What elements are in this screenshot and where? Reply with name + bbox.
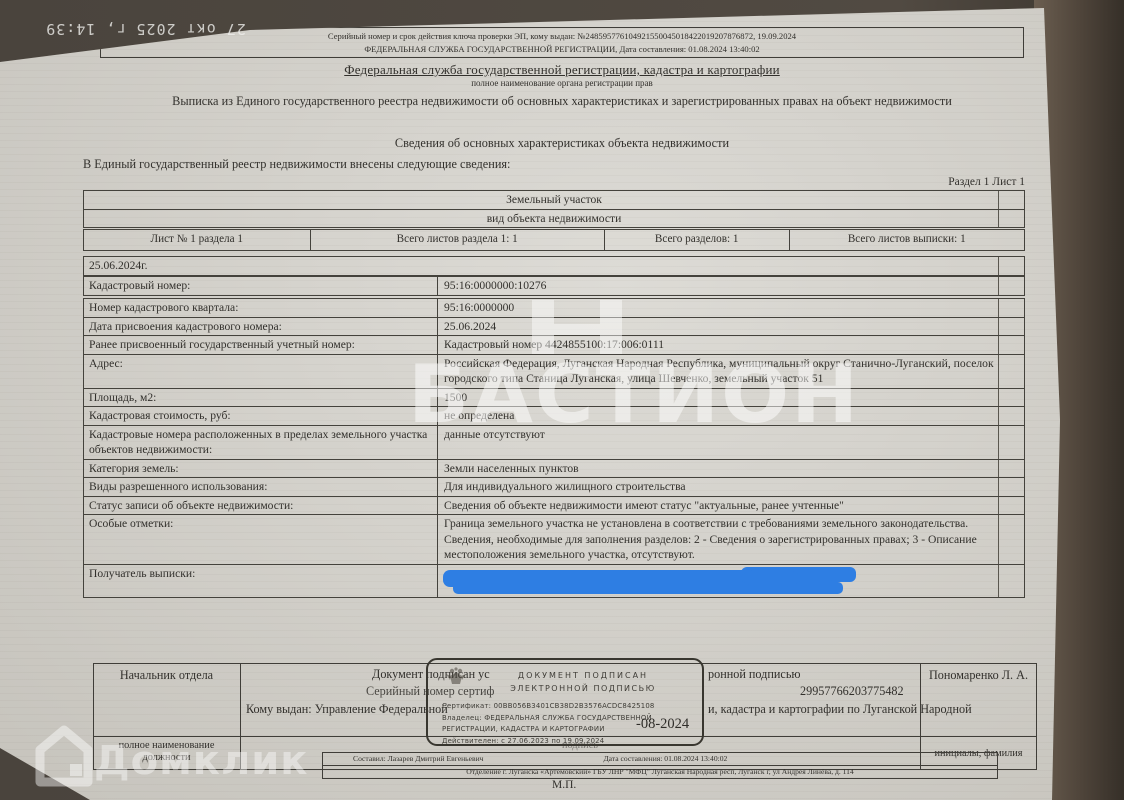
composed-by: Составил: Лазарев Дмитрий Евгеньевич bbox=[353, 753, 483, 765]
registration-service-line: ФЕДЕРАЛЬНАЯ СЛУЖБА ГОСУДАРСТВЕННОЙ РЕГИС… bbox=[105, 43, 1019, 56]
sheet-col-3: Всего разделов: 1 bbox=[605, 230, 790, 250]
recipient-value-redacted bbox=[438, 565, 1024, 597]
row-value: данные отсутствуют bbox=[438, 426, 1024, 459]
camera-timestamp: 27 окт 2025 г, 14:39 bbox=[28, 20, 263, 38]
date-row-table: 25.06.2024г. bbox=[83, 256, 1025, 276]
row-value: 25.06.2024 bbox=[438, 318, 1024, 336]
signature-col-divider-right bbox=[920, 663, 921, 737]
position-label: Начальник отдела bbox=[95, 668, 238, 683]
table-row: Кадастровая стоимость, руб: не определен… bbox=[84, 406, 1024, 425]
row-label: Кадастровые номера расположенных в преде… bbox=[84, 426, 438, 459]
row-value: Сведения об объекте недвижимости имеют с… bbox=[438, 497, 1024, 515]
org-title: Федеральная служба государственной регис… bbox=[0, 62, 1124, 78]
row-value: Для индивидуального жилищного строительс… bbox=[438, 478, 1024, 496]
issued-to-left: Кому выдан: Управление Федеральной bbox=[246, 702, 448, 717]
row-label: Кадастровый номер: bbox=[84, 277, 438, 295]
composed-by-row: Составил: Лазарев Дмитрий Евгеньевич Дат… bbox=[323, 753, 997, 766]
position-caption-line1: полное наименование bbox=[95, 740, 238, 752]
stamp-validity: Действителен: с 27.06.2023 по 19.09.2024 bbox=[442, 737, 604, 745]
stamp-title-line2: ЭЛЕКТРОННОЙ ПОДПИСЬЮ bbox=[478, 684, 688, 693]
signature-col-divider-left bbox=[240, 663, 241, 737]
document-title: Выписка из Единого государственного реес… bbox=[90, 94, 1034, 109]
row-label: Адрес: bbox=[84, 355, 438, 388]
extract-date: 25.06.2024г. bbox=[84, 257, 1024, 275]
position-caption: полное наименование должности bbox=[95, 740, 238, 764]
office-line: Отделение г. Луганска «Артемовский» ГБУ … bbox=[323, 766, 997, 778]
seal-place-label: М.П. bbox=[552, 779, 576, 791]
sheet-col-2: Всего листов раздела 1: 1 bbox=[311, 230, 605, 250]
table-row: вид объекта недвижимости bbox=[84, 209, 1024, 228]
row-value: Кадастровый номер 4424855100:17:006:0111 bbox=[438, 336, 1024, 354]
table-row: Кадастровые номера расположенных в преде… bbox=[84, 425, 1024, 459]
row-value: 95:16:0000000:10276 bbox=[438, 277, 1024, 295]
table-row-recipient: Получатель выписки: bbox=[84, 564, 1024, 597]
row-label: Ранее присвоенный государственный учетны… bbox=[84, 336, 438, 354]
row-label: Дата присвоения кадастрового номера: bbox=[84, 318, 438, 336]
caption-col-divider-left bbox=[240, 737, 241, 770]
object-type-value: Земельный участок bbox=[84, 191, 1024, 209]
table-row: Лист № 1 раздела 1 Всего листов раздела … bbox=[84, 230, 1024, 250]
table-row: Кадастровый номер: 95:16:0000000:10276 bbox=[84, 277, 1024, 295]
object-type-caption: вид объекта недвижимости bbox=[84, 210, 1024, 228]
section-sheet-label: Раздел 1 Лист 1 bbox=[0, 176, 1025, 188]
row-label: Особые отметки: bbox=[84, 515, 438, 564]
row-label: Площадь, м2: bbox=[84, 389, 438, 407]
characteristics-table: Номер кадастрового квартала: 95:16:00000… bbox=[83, 298, 1025, 598]
signed-line-right: ронной подписью bbox=[708, 667, 800, 682]
row-value: не определена bbox=[438, 407, 1024, 425]
composed-date: Дата составления: 01.08.2024 13:40:02 bbox=[603, 753, 727, 765]
serial-line-right: 29957766203775482 bbox=[800, 684, 904, 699]
issued-to-right: и, кадастра и картографии по Луганской Н… bbox=[708, 702, 972, 717]
row-label: Кадастровая стоимость, руб: bbox=[84, 407, 438, 425]
row-value: Российская Федерация, Луганская Народная… bbox=[438, 355, 1024, 388]
domclick-house-icon bbox=[34, 724, 94, 790]
stamp-owner-line1: Владелец: ФЕДЕРАЛЬНАЯ СЛУЖБА ГОСУДАРСТВЕ… bbox=[442, 714, 652, 722]
table-row: Виды разрешенного использования: Для инд… bbox=[84, 477, 1024, 496]
row-value: Земли населенных пунктов bbox=[438, 460, 1024, 478]
object-type-table: Земельный участок вид объекта недвижимос… bbox=[83, 190, 1025, 228]
table-row: Статус записи об объекте недвижимости: С… bbox=[84, 496, 1024, 515]
row-label: Номер кадастрового квартала: bbox=[84, 299, 438, 317]
row-label: Получатель выписки: bbox=[84, 565, 438, 597]
signatory-name: Пономаренко Л. А. bbox=[922, 668, 1035, 683]
intro-line: В Единый государственный реестр недвижим… bbox=[83, 157, 510, 172]
sheet-header-table: Лист № 1 раздела 1 Всего листов раздела … bbox=[83, 229, 1025, 251]
table-row: 25.06.2024г. bbox=[84, 257, 1024, 275]
table-row: Площадь, м2: 1500 bbox=[84, 388, 1024, 407]
sheet-col-1: Лист № 1 раздела 1 bbox=[84, 230, 311, 250]
row-label: Виды разрешенного использования: bbox=[84, 478, 438, 496]
position-caption-line2: должности bbox=[95, 752, 238, 764]
stamp-title-line1: ДОКУМЕНТ ПОДПИСАН bbox=[478, 671, 688, 680]
stamp-owner-line2: РЕГИСТРАЦИИ, КАДАСТРА И КАРТОГРАФИИ bbox=[442, 725, 605, 733]
redaction-marker bbox=[441, 566, 861, 598]
cadastral-number-table: Кадастровый номер: 95:16:0000000:10276 bbox=[83, 276, 1025, 296]
table-row: Земельный участок bbox=[84, 191, 1024, 209]
eagle-emblem-icon bbox=[444, 666, 468, 690]
row-label: Статус записи об объекте недвижимости: bbox=[84, 497, 438, 515]
composed-by-box: Составил: Лазарев Дмитрий Евгеньевич Дат… bbox=[322, 752, 998, 779]
row-value: 95:16:0000000 bbox=[438, 299, 1024, 317]
table-row: Ранее присвоенный государственный учетны… bbox=[84, 335, 1024, 354]
table-row: Дата присвоения кадастрового номера: 25.… bbox=[84, 317, 1024, 336]
row-value: Граница земельного участка не установлен… bbox=[438, 515, 1024, 564]
digital-signature-stamp: ДОКУМЕНТ ПОДПИСАН ЭЛЕКТРОННОЙ ПОДПИСЬЮ С… bbox=[426, 658, 704, 746]
document-paper: Серийный номер и срок действия ключа про… bbox=[0, 0, 1124, 800]
table-row: Особые отметки: Граница земельного участ… bbox=[84, 514, 1024, 564]
date-fragment: -08-2024 bbox=[636, 716, 689, 733]
row-label: Категория земель: bbox=[84, 460, 438, 478]
sheet-col-4: Всего листов выписки: 1 bbox=[790, 230, 1025, 250]
table-row: Категория земель: Земли населенных пункт… bbox=[84, 459, 1024, 478]
table-row: Номер кадастрового квартала: 95:16:00000… bbox=[84, 299, 1024, 317]
row-value: 1500 bbox=[438, 389, 1024, 407]
table-row: Адрес: Российская Федерация, Луганская Н… bbox=[84, 354, 1024, 388]
section-title: Сведения об основных характеристиках объ… bbox=[0, 136, 1124, 151]
stamp-certificate: Сертификат: 00BB056B3401CB38D2B3576ACDC8… bbox=[442, 702, 655, 710]
org-title-caption: полное наименование органа регистрации п… bbox=[0, 78, 1124, 88]
